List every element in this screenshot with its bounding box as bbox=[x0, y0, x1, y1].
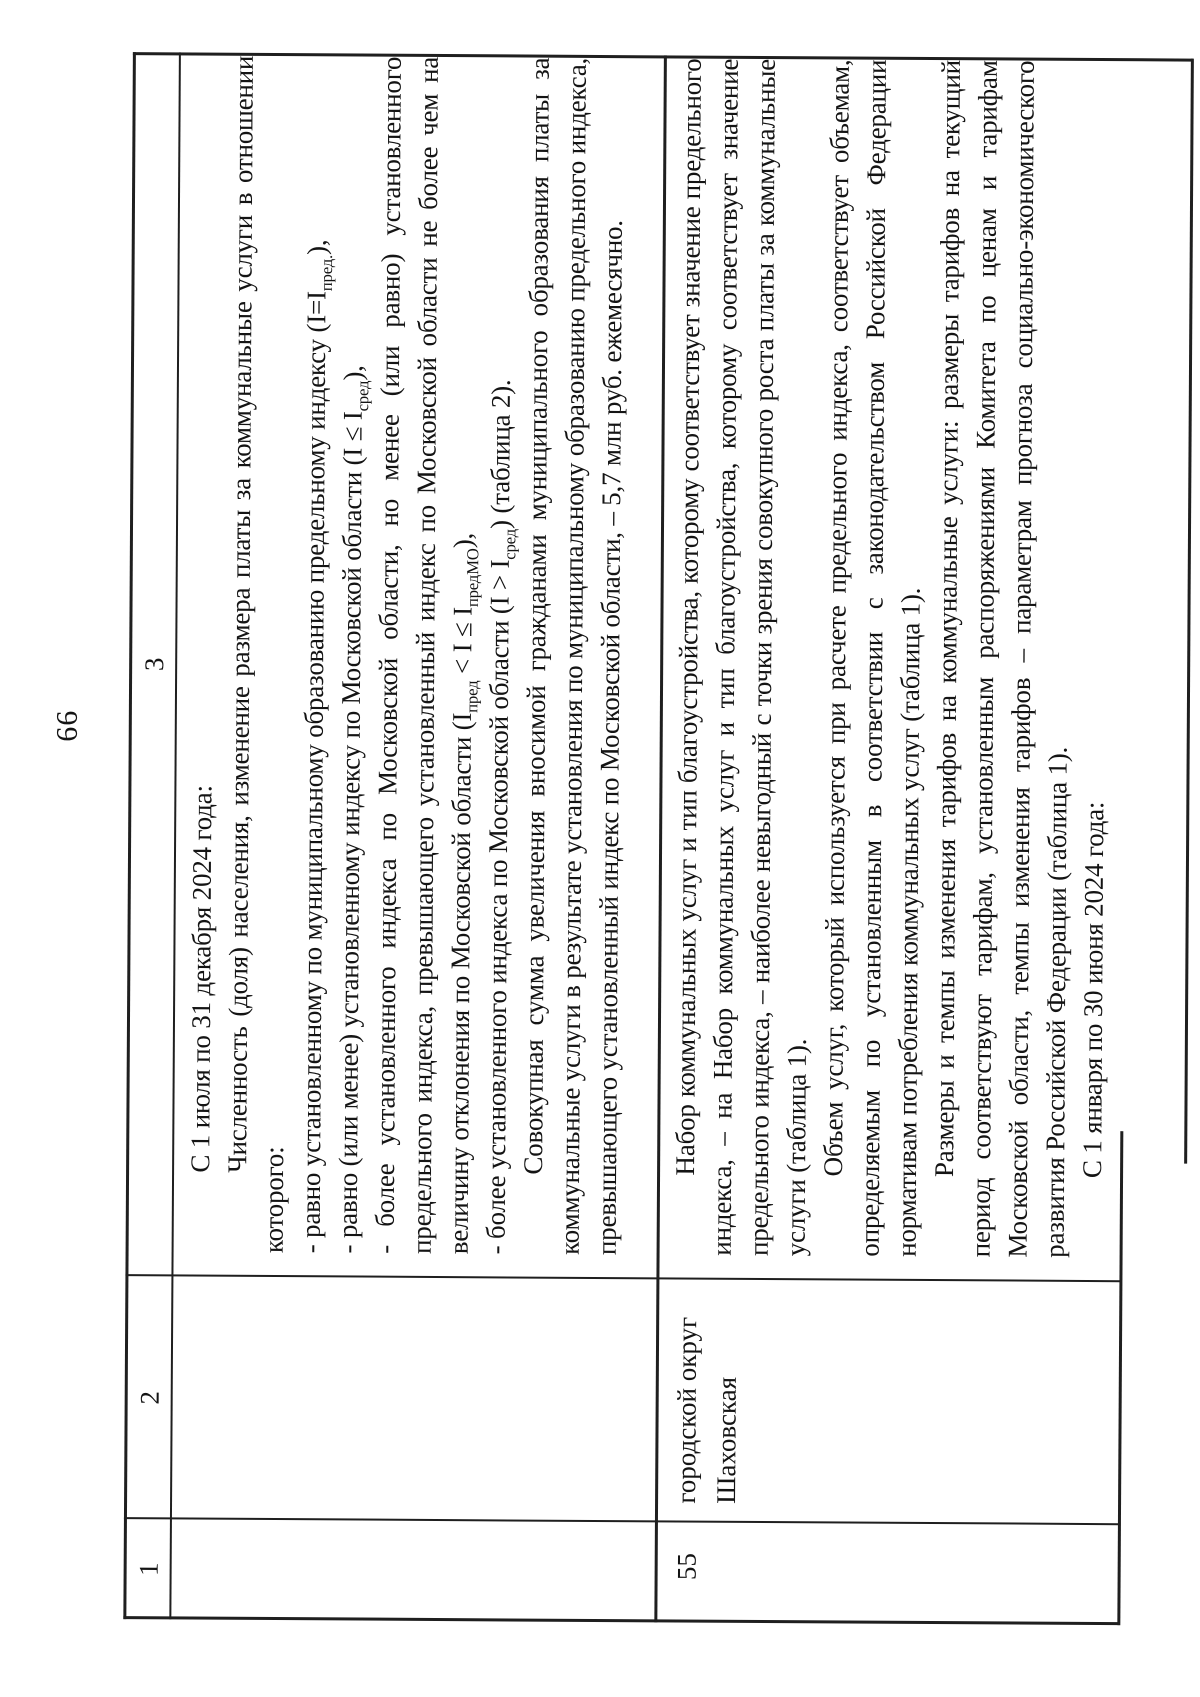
table-border-left bbox=[123, 1616, 1119, 1625]
row55-description: Набор коммунальных услуг и тип благоустр… bbox=[667, 58, 1118, 1258]
paragraph: Численность (доля) населения, изменение … bbox=[219, 56, 300, 1253]
continuation-row-description: С 1 июля по 31 декабря 2024 года:Численн… bbox=[182, 55, 633, 1255]
header-cell-3: 3 bbox=[132, 52, 177, 1276]
document-sheet: 66 1 2 3 С 1 июля по 31 декабря 2024 год… bbox=[0, 0, 1200, 1697]
table-border-bottom-cols12 bbox=[1117, 1131, 1123, 1625]
row55-municipality-cell: городской округ Шаховская bbox=[666, 1285, 747, 1503]
table-border-col2-separator bbox=[125, 1274, 1121, 1282]
paragraph: Размеры и темпы изменения тарифов на ком… bbox=[926, 60, 1081, 1258]
table-border-col1-separator bbox=[124, 1517, 1120, 1525]
paragraph: Совокупная сумма увеличения вносимой гра… bbox=[515, 58, 633, 1256]
row55-number-cell: 55 bbox=[668, 1516, 706, 1616]
header-cell-1: 1 bbox=[130, 1519, 169, 1619]
rotated-landscape-sheet: 66 1 2 3 С 1 июля по 31 декабря 2024 год… bbox=[0, 0, 1200, 1697]
tariff-index-table: 1 2 3 С 1 июля по 31 декабря 2024 года:Ч… bbox=[123, 52, 1195, 1625]
header-cell-2: 2 bbox=[131, 1276, 170, 1519]
paragraph: - более установленного индекса по Москов… bbox=[367, 57, 485, 1255]
paragraph: Набор коммунальных услуг и тип благоустр… bbox=[667, 58, 822, 1256]
paragraph: С 1 января по 30 июня 2024 года: bbox=[1074, 61, 1118, 1258]
table-border-bottom-col3 bbox=[1184, 59, 1194, 1164]
table-border-row-separator bbox=[654, 55, 667, 1622]
paragraph: Объем услуг, который используется при ра… bbox=[815, 59, 933, 1257]
page-number: 66 bbox=[51, 710, 85, 742]
